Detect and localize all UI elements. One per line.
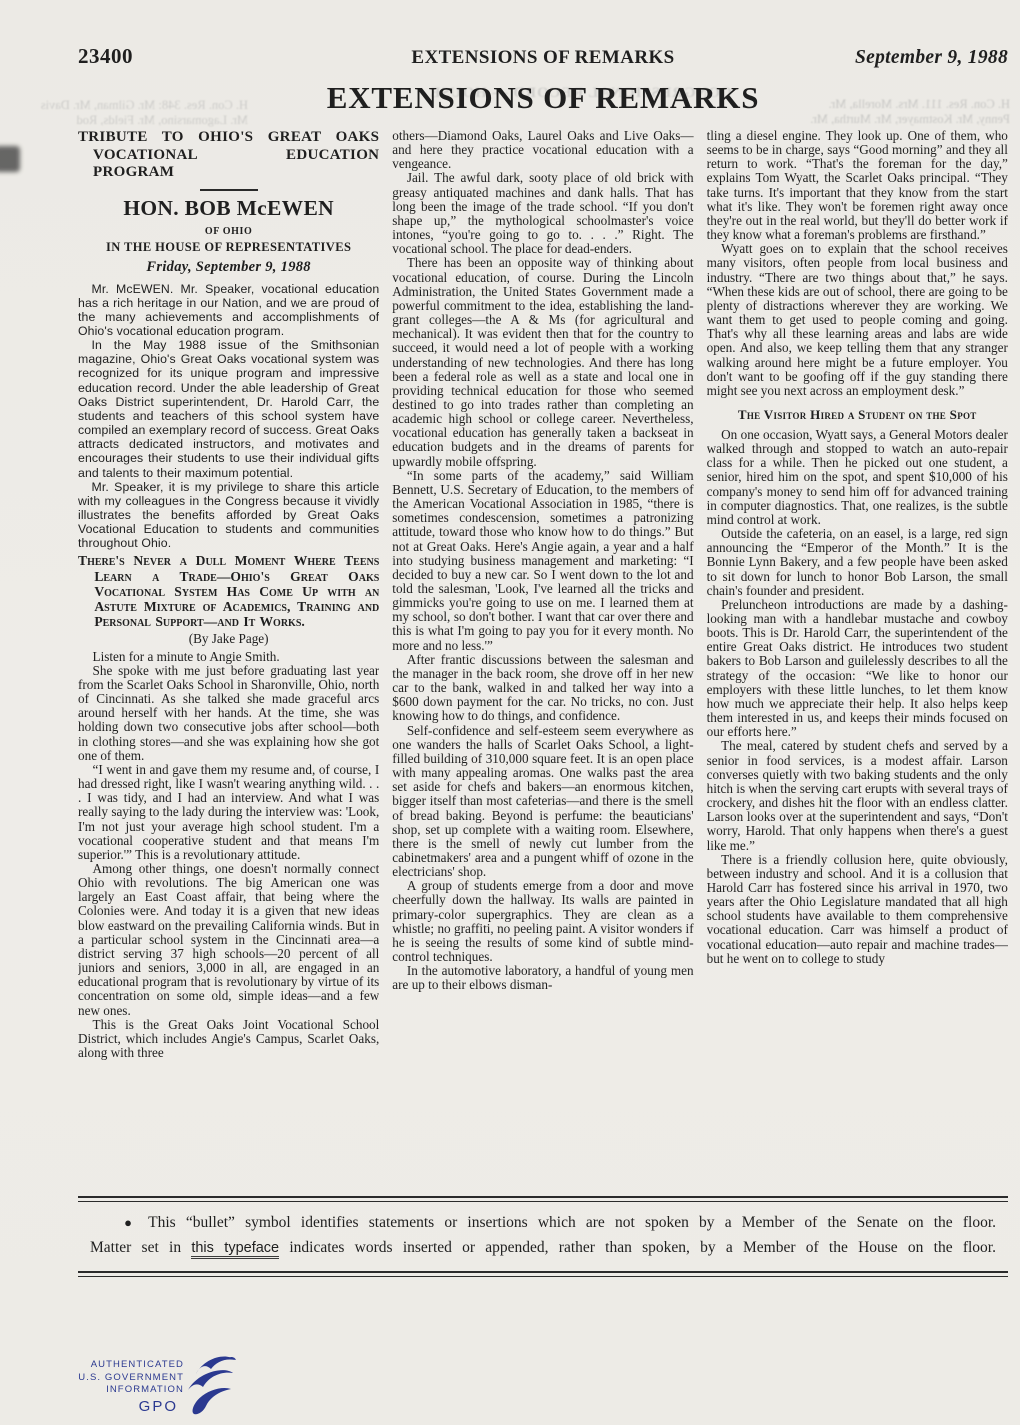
gpo-acronym: GPO [139, 1398, 178, 1415]
typeface-sample: this typeface [191, 1240, 279, 1259]
chamber-line: IN THE HOUSE OF REPRESENTATIVES [78, 240, 379, 255]
article-body: TRIBUTE TO OHIO'S GREAT OAKS VOCATIONAL … [78, 129, 1008, 1191]
inserted-remarks-paragraph: Mr. McEWEN. Mr. Speaker, vocational educ… [78, 282, 379, 339]
column-1: TRIBUTE TO OHIO'S GREAT OAKS VOCATIONAL … [78, 129, 379, 1191]
footnote-band: ● This “bullet” symbol identifies statem… [78, 1196, 1008, 1277]
gpo-text-line: AUTHENTICATED [78, 1359, 184, 1372]
article-paragraph: Self-confidence and self-esteem seem eve… [392, 724, 693, 880]
gpo-text-line: INFORMATION [78, 1384, 184, 1397]
article-kicker: TRIBUTE TO OHIO'S GREAT OAKS VOCATIONAL … [78, 129, 379, 182]
article-subheading: There's Never a Dull Moment Where Teens … [78, 553, 379, 629]
article-paragraph: Outside the cafeteria, on an easel, is a… [707, 527, 1008, 598]
gpo-text-line: U.S. GOVERNMENT [78, 1372, 184, 1385]
article-paragraph: “I went in and gave them my resume and, … [78, 763, 379, 862]
article-paragraph-continuation: others—Diamond Oaks, Laurel Oaks and Liv… [392, 129, 693, 171]
separator-rule [200, 189, 258, 191]
page-number: 23400 [78, 44, 133, 69]
article-paragraph: She spoke with me just before graduating… [78, 664, 379, 763]
footnote-line-2-pre: Matter set in [90, 1239, 191, 1256]
article-subheading: The Visitor Hired a Student on the Spot [707, 407, 1008, 423]
article-paragraph: There has been an opposite way of thinki… [392, 256, 693, 468]
scan-artifact [0, 146, 20, 172]
bullet-icon: ● [124, 1215, 138, 1230]
gpo-authentication-logo: AUTHENTICATED U.S. GOVERNMENT INFORMATIO… [60, 1350, 240, 1424]
inserted-remarks-paragraph: Mr. Speaker, it is my privilege to share… [78, 480, 379, 551]
article-paragraph: In the automotive laboratory, a handful … [392, 964, 693, 992]
byline: (By Jake Page) [78, 632, 379, 646]
article-paragraph: A group of students emerge from a door a… [392, 879, 693, 964]
double-rule-bottom [78, 1271, 1008, 1277]
article-paragraph: This is the Great Oaks Joint Vocational … [78, 1018, 379, 1060]
member-name: HON. BOB McEWEN [78, 196, 379, 221]
article-paragraph: Among other things, one doesn't normally… [78, 862, 379, 1018]
header-date: September 9, 1988 [855, 47, 1008, 69]
article-paragraph: There is a friendly collusion here, quit… [707, 853, 1008, 966]
article-paragraph-continuation: tling a diesel engine. They look up. One… [707, 129, 1008, 242]
column-3: tling a diesel engine. They look up. One… [707, 129, 1008, 1191]
column-2: others—Diamond Oaks, Laurel Oaks and Liv… [392, 129, 693, 1191]
article-paragraph: After frantic discussions between the sa… [392, 653, 693, 724]
article-paragraph: Wyatt goes on to explain that the school… [707, 242, 1008, 398]
footnote-line-2-post: indicates words inserted or appended, ra… [279, 1239, 996, 1256]
article-paragraph: On one occasion, Wyatt says, a General M… [707, 428, 1008, 527]
article-paragraph: Preluncheon introductions are made by a … [707, 598, 1008, 740]
congressional-record-page: CONGRESSIONAL RECORD — HOUSE H. Con. Res… [0, 0, 1020, 1425]
footnote-line-1: ● This “bullet” symbol identifies statem… [90, 1210, 996, 1235]
article-paragraph: Jail. The awful dark, sooty place of old… [392, 171, 693, 256]
article-paragraph: Listen for a minute to Angie Smith. [78, 650, 379, 664]
article-paragraph: “In some parts of the academy,” said Wil… [392, 469, 693, 653]
member-state: OF OHIO [78, 226, 379, 237]
date-line: Friday, September 9, 1988 [78, 259, 379, 276]
footnote-line-1-text: This “bullet” symbol identifies statemen… [138, 1214, 996, 1231]
footnote-text: ● This “bullet” symbol identifies statem… [78, 1202, 1008, 1271]
footnote-line-2: Matter set in this typeface indicates wo… [90, 1235, 996, 1261]
gpo-text: AUTHENTICATED U.S. GOVERNMENT INFORMATIO… [78, 1359, 184, 1397]
article-paragraph: The meal, catered by student chefs and s… [707, 739, 1008, 852]
inserted-remarks-paragraph: In the May 1988 issue of the Smithsonian… [78, 338, 379, 480]
section-title: EXTENSIONS OF REMARKS [78, 80, 1008, 116]
page-header: 23400 EXTENSIONS OF REMARKS September 9,… [78, 44, 1008, 69]
running-head: EXTENSIONS OF REMARKS [411, 47, 674, 69]
